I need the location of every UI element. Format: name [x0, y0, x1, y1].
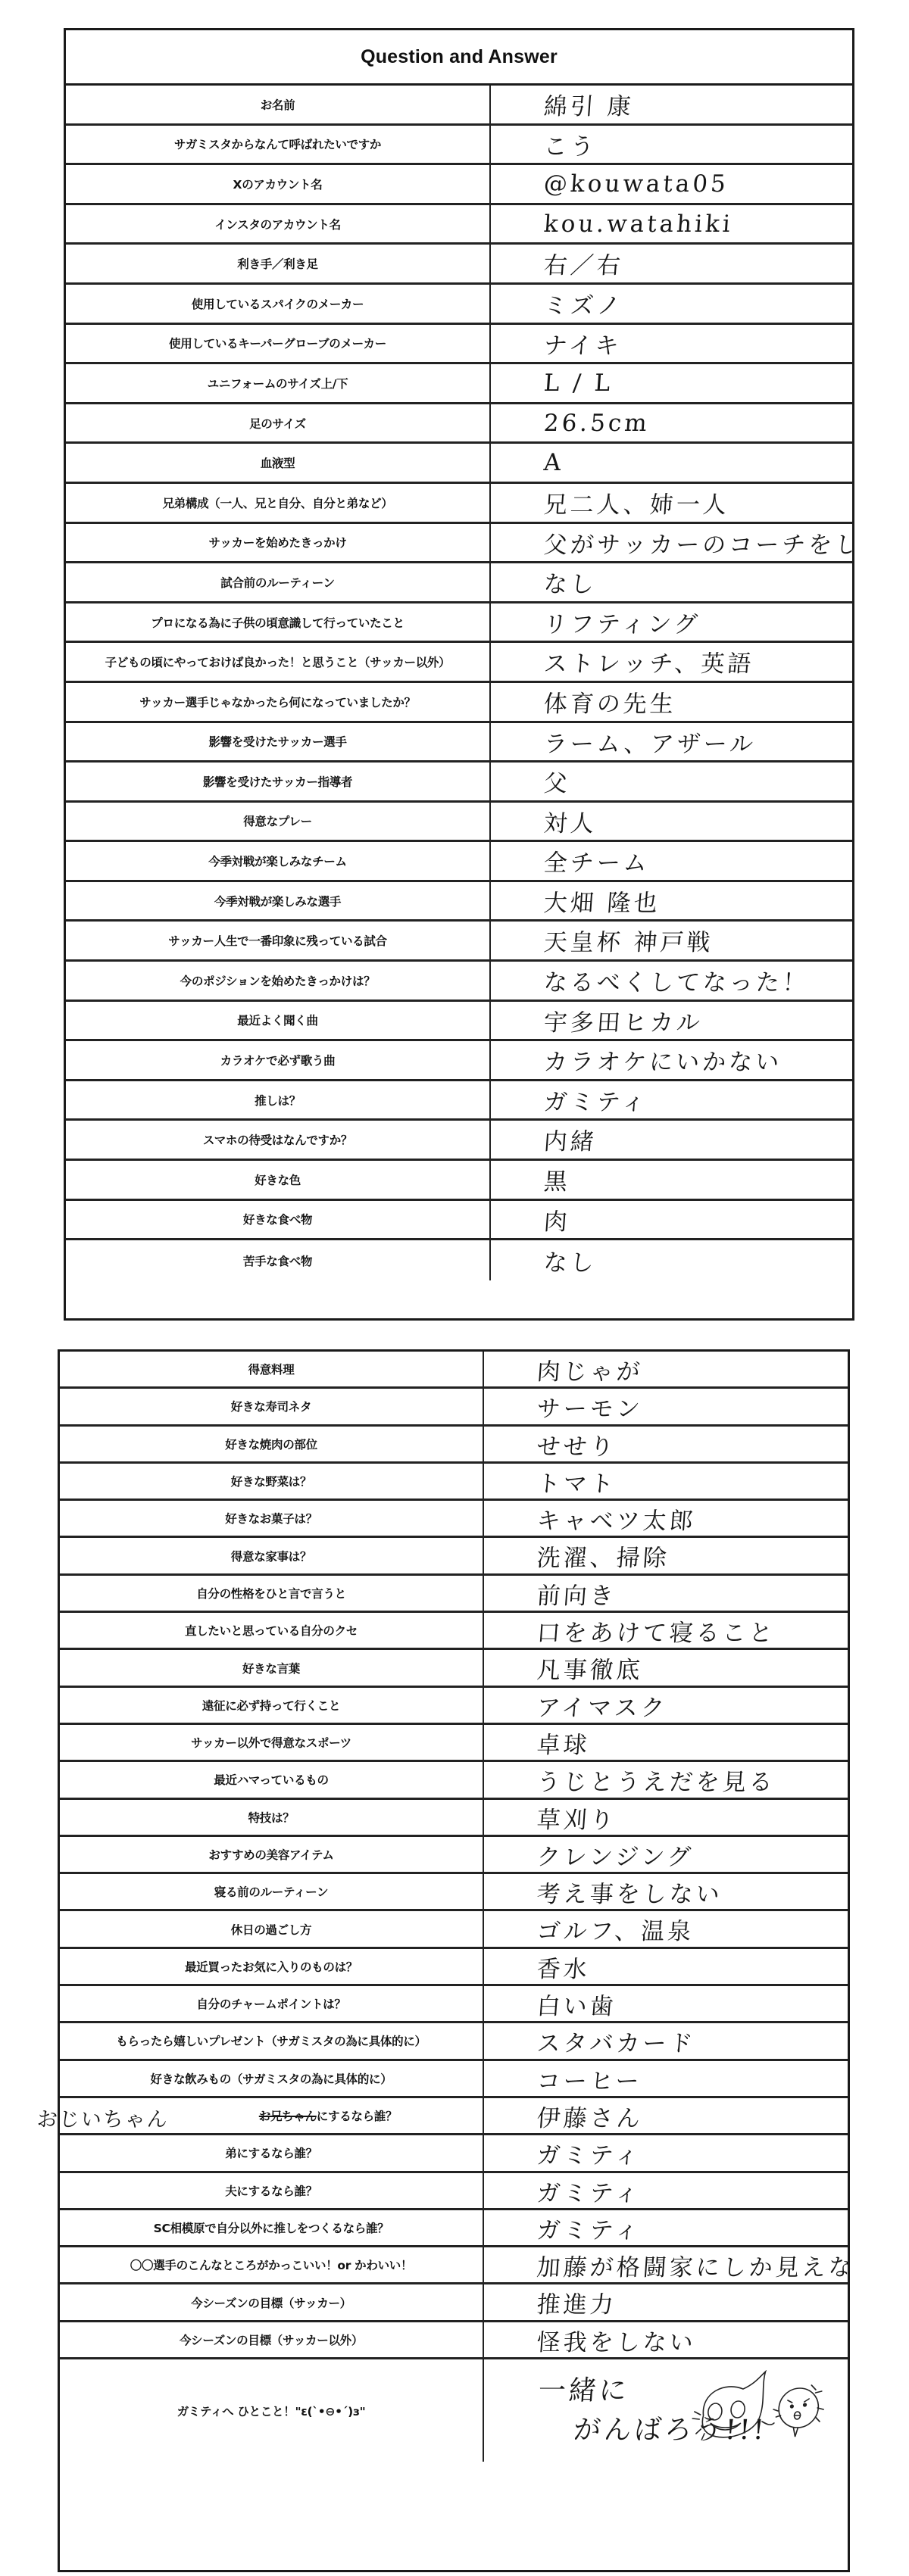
qa-row: おすすめの美容アイテムクレンジング	[60, 1837, 848, 1874]
answer-cell: せせり	[483, 1427, 848, 1461]
question-text: 好きな飲みもの（サガミスタの為に具体的に）	[151, 2070, 392, 2087]
question-cell: 得意料理	[60, 1352, 484, 1386]
answer-cell: なし	[489, 563, 853, 601]
answer-cell: ガミティ	[483, 2135, 848, 2170]
answer-cell: リフティング	[489, 603, 853, 641]
question-cell: 弟にするなら誰？	[60, 2135, 484, 2170]
qa-row: 得意な家事は？洗濯、掃除	[60, 1538, 848, 1575]
question-text: 特技は？	[248, 1809, 295, 1826]
question-text: おすすめの美容アイテム	[208, 1846, 333, 1863]
question-cell: 影響を受けたサッカー指導者	[66, 763, 491, 800]
question-text: 試合前のルーティーン	[220, 574, 334, 591]
question-cell: 最近ハマっているもの	[60, 1762, 484, 1797]
qa-row: 使用しているスパイクのメーカーミズノ	[66, 285, 852, 325]
question-text: 今のポジションを始めたきっかけは？	[180, 972, 376, 989]
qa-row: 今のポジションを始めたきっかけは？なるべくしてなった！	[66, 962, 852, 1002]
question-text: 影響を受けたサッカー選手	[208, 733, 346, 750]
answer-cell: 一緒にがんばろう!!!	[480, 2359, 851, 2462]
answer-text: 黒	[542, 1162, 571, 1196]
question-cell: お名前	[66, 86, 491, 123]
question-text: にするなら誰？	[317, 2110, 397, 2123]
qa-row: 得意なプレー対人	[66, 803, 852, 843]
question-text: 好きな寿司ネタ	[231, 1398, 311, 1414]
answer-text: 内緒	[542, 1123, 598, 1157]
mascot-doodle-icon	[678, 2370, 828, 2453]
question-cell: インスタのアカウント名	[66, 205, 491, 243]
answer-cell: 肉じゃが	[483, 1352, 848, 1386]
question-cell: サッカー選手じゃなかったら何になっていましたか？	[66, 683, 491, 721]
question-text: 最近買ったお気に入りのものは？	[185, 1958, 358, 1975]
question-text: サッカーを始めたきっかけ	[208, 534, 346, 550]
question-cell: 寝る前のルーティーン	[60, 1874, 484, 1909]
question-text: お名前	[261, 96, 295, 113]
answer-text: リフティング	[542, 605, 701, 639]
question-text: 好きな言葉	[242, 1660, 300, 1676]
answer-cell: ストレッチ、英語	[489, 643, 853, 681]
qa-row: 好きなお菓子は？キャベツ太郎	[60, 1501, 848, 1538]
question-text: 最近ハマっているもの	[214, 1771, 328, 1788]
answer-text: 右／右	[542, 247, 624, 281]
qa-row: 足のサイズ26.5cm	[66, 404, 852, 444]
answer-cell: 口をあけて寝ること	[483, 1613, 848, 1648]
answer-cell: 怪我をしない	[483, 2322, 848, 2357]
question-cell: サッカー以外で得意なスポーツ	[60, 1725, 484, 1760]
question-cell: 自分のチャームポイントは？	[60, 1986, 484, 2021]
answer-cell: うじとうえだを見る	[483, 1762, 848, 1797]
answer-cell: ガミティ	[483, 2173, 848, 2208]
question-cell: Xのアカウント名	[66, 165, 491, 203]
qa-row: 最近よく聞く曲宇多田ヒカル	[66, 1002, 852, 1042]
question-text: 遠征に必ず持って行くこと	[202, 1697, 340, 1714]
question-text: 今季対戦が楽しみなチーム	[208, 853, 346, 869]
answer-text: スタバカード	[536, 2024, 697, 2058]
question-cell: 得意な家事は？	[60, 1538, 484, 1573]
question-cell: 好きな寿司ネタ	[60, 1389, 484, 1424]
question-cell: 今のポジションを始めたきっかけは？	[66, 962, 491, 1000]
qa-row: 特技は？草刈り	[60, 1800, 848, 1837]
question-cell: 夫にするなら誰？	[60, 2173, 484, 2208]
question-cell: 影響を受けたサッカー選手	[66, 723, 491, 761]
question-text: 最近よく聞く曲	[237, 1012, 317, 1028]
question-cell: 使用しているスパイクのメーカー	[66, 285, 491, 323]
answer-text: カラオケにいかない	[542, 1043, 783, 1077]
question-cell: 兄弟構成（一人、兄と自分、自分と弟など）	[66, 484, 491, 522]
qa-row: SC相模原で自分以外に推しをつくるなら誰？ガミティ	[60, 2210, 848, 2247]
qa-row: 今季対戦が楽しみな選手大畑 隆也	[66, 882, 852, 922]
answer-cell: なし	[489, 1240, 854, 1280]
qa-row: もらったら嬉しいプレゼント（サガミスタの為に具体的に）スタバカード	[60, 2023, 848, 2060]
answer-text: 体育の先生	[542, 685, 677, 719]
question-cell: もらったら嬉しいプレゼント（サガミスタの為に具体的に）	[60, 2023, 484, 2058]
question-cell: サッカーを始めたきっかけ	[66, 524, 491, 562]
qa-row: サッカーを始めたきっかけ父がサッカーのコーチをしていた	[66, 524, 852, 564]
question-text: 寝る前のルーティーン	[214, 1883, 328, 1900]
answer-cell: kou.watahiki	[489, 205, 853, 243]
question-text: 自分のチャームポイントは？	[196, 1995, 345, 2012]
question-text: 得意な家事は？	[231, 1548, 311, 1564]
qa-row: 遠征に必ず持って行くことアイマスク	[60, 1688, 848, 1725]
question-cell: 最近よく聞く曲	[66, 1002, 491, 1040]
answer-cell: 体育の先生	[489, 683, 853, 721]
answer-text: 怪我をしない	[536, 2322, 697, 2356]
answer-text: 兄二人、姉一人	[542, 485, 730, 519]
answer-text: なし	[542, 565, 598, 599]
question-text: 直したいと思っている自分のクセ	[185, 1622, 358, 1639]
answer-cell: 肉	[489, 1201, 853, 1239]
question-cell: 自分の性格をひと言で言うと	[60, 1576, 484, 1611]
question-text: サッカー人生で一番印象に残っている試合	[168, 932, 387, 949]
answer-cell: ゴルフ、温泉	[483, 1911, 848, 1946]
answer-text: ミズノ	[542, 286, 624, 320]
answer-text: なるべくしてなった！	[542, 963, 810, 997]
qa-table-2: 得意料理肉じゃが好きな寿司ネタサーモン好きな焼肉の部位せせり好きな野菜は？トマト…	[58, 1349, 850, 2572]
answer-cell: キャベツ太郎	[483, 1501, 848, 1536]
answer-text: 口をあけて寝ること	[536, 1614, 776, 1648]
question-text: スマホの待受はなんですか？	[203, 1131, 352, 1148]
answer-text: ラーム、アザール	[542, 725, 757, 759]
qa-row: カラオケで必ず歌う曲カラオケにいかない	[66, 1041, 852, 1081]
qa-row: お名前綿引 康	[66, 86, 852, 126]
answer-cell: 卓球	[483, 1725, 848, 1760]
answer-cell: 草刈り	[483, 1800, 848, 1835]
answer-line-1: 一緒に	[529, 2372, 631, 2411]
question-cell: 推しは？	[66, 1081, 491, 1119]
qa-row: 苦手な食べ物なし	[66, 1240, 852, 1280]
question-text: 兄弟構成（一人、兄と自分、自分と弟など）	[162, 494, 392, 511]
answer-text: L / L	[543, 370, 614, 397]
answer-text: 卓球	[536, 1726, 591, 1760]
question-cell: プロになる為に子供の頃意識して行っていたこと	[66, 603, 491, 641]
answer-cell: A	[489, 444, 853, 482]
answer-text: 綿引 康	[542, 87, 635, 121]
answer-cell: ガミティ	[489, 1081, 853, 1119]
answer-text: 肉じゃが	[536, 1352, 644, 1386]
answer-text: なし	[542, 1243, 598, 1277]
question-text: インスタのアカウント名	[214, 216, 341, 232]
answer-cell: 伊藤さん	[483, 2098, 848, 2133]
question-text: 今シーズンの目標（サッカー以外）	[180, 2331, 363, 2348]
qa-row: インスタのアカウント名kou.watahiki	[66, 205, 852, 245]
answer-cell: 香水	[483, 1949, 848, 1984]
qa-rows: 得意料理肉じゃが好きな寿司ネタサーモン好きな焼肉の部位せせり好きな野菜は？トマト…	[60, 1352, 848, 2462]
qa-row: 寝る前のルーティーン考え事をしない	[60, 1874, 848, 1911]
qa-row: 好きな寿司ネタサーモン	[60, 1389, 848, 1426]
question-text: サッカー選手じゃなかったら何になっていましたか？	[139, 694, 416, 710]
question-cell: 最近買ったお気に入りのものは？	[60, 1949, 484, 1984]
qa-row: 最近ハマっているものうじとうえだを見る	[60, 1762, 848, 1799]
question-text: サガミスタからなんて呼ばれたいですか	[174, 136, 381, 152]
qa-row: 子どもの頃にやっておけば良かった！と思うこと（サッカー以外）ストレッチ、英語	[66, 643, 852, 683]
qa-row: ガミティへ ひとこと！"ε(`•⊖•´)з"一緒にがんばろう!!!	[60, 2359, 848, 2462]
answer-text: 対人	[542, 804, 598, 838]
question-text: 得意なプレー	[243, 812, 312, 829]
answer-text: ガミティ	[536, 2136, 642, 2170]
qa-row: 好きな焼肉の部位せせり	[60, 1427, 848, 1464]
qa-row: 利き手／利き足右／右	[66, 245, 852, 285]
question-text: 好きな色	[255, 1171, 301, 1188]
answer-text: アイマスク	[536, 1688, 668, 1722]
qa-row: 弟にするなら誰？ガミティ	[60, 2135, 848, 2172]
question-text: 苦手な食べ物	[243, 1252, 312, 1269]
answer-text: 洗濯、掃除	[536, 1539, 670, 1573]
question-text: ユニフォームのサイズ上/下	[208, 375, 348, 391]
question-cell: 今季対戦が楽しみなチーム	[66, 842, 491, 880]
question-cell: 利き手／利き足	[66, 245, 491, 282]
page-title: Question and Answer	[66, 30, 852, 86]
answer-text: ガミティ	[542, 1083, 649, 1117]
answer-cell: ラーム、アザール	[489, 723, 853, 761]
qa-row: 最近買ったお気に入りのものは？香水	[60, 1949, 848, 1986]
handwritten-correction: おじいちゃん	[36, 2103, 170, 2132]
qa-row: 試合前のルーティーンなし	[66, 563, 852, 603]
qa-row: 影響を受けたサッカー選手ラーム、アザール	[66, 723, 852, 763]
answer-cell: ガミティ	[483, 2210, 848, 2245]
answer-text: 草刈り	[536, 1800, 617, 1834]
question-text: 今シーズンの目標（サッカー）	[191, 2294, 351, 2311]
question-cell: 直したいと思っている自分のクセ	[60, 1613, 484, 1648]
question-text: 今季対戦が楽しみな選手	[214, 893, 341, 909]
qa-row: おじいちゃんお兄ちゃんにするなら誰？伊藤さん	[60, 2098, 848, 2135]
qa-row: 好きな色黒	[66, 1161, 852, 1201]
question-cell: 〇〇選手のこんなところがかっこいい！or かわいい！	[60, 2247, 484, 2282]
answer-text: 凡事徹底	[536, 1651, 644, 1685]
qa-row: 好きな言葉凡事徹底	[60, 1650, 848, 1687]
answer-cell: 黒	[489, 1161, 853, 1199]
qa-row: 推しは？ガミティ	[66, 1081, 852, 1121]
question-cell: カラオケで必ず歌う曲	[66, 1041, 491, 1079]
qa-row: 夫にするなら誰？ガミティ	[60, 2173, 848, 2210]
qa-row: 兄弟構成（一人、兄と自分、自分と弟など）兄二人、姉一人	[66, 484, 852, 524]
question-cell: 好きな色	[66, 1161, 491, 1199]
answer-cell: 白い歯	[483, 1986, 848, 2021]
question-cell: 好きなお菓子は？	[60, 1501, 484, 1536]
answer-cell: @kouwata05	[489, 165, 853, 203]
question-cell: 得意なプレー	[66, 803, 491, 840]
answer-cell: こう	[489, 126, 853, 164]
answer-text: うじとうえだを見る	[536, 1763, 776, 1797]
qa-row: サッカー人生で一番印象に残っている試合天皇杯 神戸戦	[66, 922, 852, 962]
answer-text: 全チーム	[542, 844, 651, 878]
answer-cell: クレンジング	[483, 1837, 848, 1872]
answer-cell: 全チーム	[489, 842, 853, 880]
question-cell: おじいちゃんお兄ちゃんにするなら誰？	[60, 2098, 484, 2133]
question-cell: 使用しているキーパーグローブのメーカー	[66, 325, 491, 363]
question-text: 使用しているスパイクのメーカー	[192, 295, 364, 312]
answer-text: トマト	[536, 1464, 617, 1499]
qa-row: 好きな野菜は？トマト	[60, 1464, 848, 1501]
question-text: 得意料理	[248, 1361, 295, 1377]
answer-cell: 推進力	[483, 2284, 848, 2319]
question-text: 使用しているキーパーグローブのメーカー	[169, 335, 386, 351]
question-cell: 特技は？	[60, 1800, 484, 1835]
question-text: 好きな食べ物	[243, 1211, 312, 1227]
question-cell: 試合前のルーティーン	[66, 563, 491, 601]
answer-text: ゴルフ、温泉	[536, 1912, 695, 1946]
answer-cell: 宇多田ヒカル	[489, 1002, 853, 1040]
question-text: 好きなお菓子は？	[225, 1510, 317, 1527]
question-text: 推しは？	[255, 1092, 301, 1109]
answer-cell: 内緒	[489, 1121, 853, 1159]
qa-table-1: Question and Answer お名前綿引 康サガミスタからなんて呼ばれ…	[64, 28, 854, 1321]
question-text: 血液型	[261, 454, 295, 471]
question-text: ガミティへ ひとこと！"ε(`•⊖•´)з"	[177, 2403, 366, 2419]
answer-text: 宇多田ヒカル	[542, 1003, 704, 1037]
question-cell: 休日の過ごし方	[60, 1911, 484, 1946]
qa-row: 自分のチャームポイントは？白い歯	[60, 1986, 848, 2023]
answer-text: 考え事をしない	[536, 1875, 723, 1909]
question-text: 好きな焼肉の部位	[225, 1436, 317, 1452]
answer-cell: トマト	[483, 1464, 848, 1499]
answer-text: キャベツ太郎	[536, 1502, 697, 1536]
qa-row: プロになる為に子供の頃意識して行っていたことリフティング	[66, 603, 852, 644]
answer-cell: 大畑 隆也	[489, 882, 853, 920]
question-text: 足のサイズ	[249, 415, 306, 432]
qa-row: 今季対戦が楽しみなチーム全チーム	[66, 842, 852, 882]
answer-cell: 考え事をしない	[483, 1874, 848, 1909]
question-text: 子どもの頃にやっておけば良かった！と思うこと（サッカー以外）	[105, 653, 451, 670]
question-cell: サガミスタからなんて呼ばれたいですか	[66, 126, 491, 164]
question-text: 利き手／利き足	[237, 255, 317, 272]
answer-cell: カラオケにいかない	[489, 1041, 853, 1079]
answer-text: 大畑 隆也	[542, 884, 661, 918]
question-cell: 苦手な食べ物	[66, 1240, 491, 1280]
question-cell: 今季対戦が楽しみな選手	[66, 882, 491, 920]
question-text: 好きな野菜は？	[231, 1473, 311, 1489]
question-text: 〇〇選手のこんなところがかっこいい！or かわいい！	[130, 2256, 412, 2273]
question-cell: スマホの待受はなんですか？	[66, 1121, 491, 1159]
answer-cell: 父がサッカーのコーチをしていた	[489, 524, 853, 562]
question-cell: 遠征に必ず持って行くこと	[60, 1688, 484, 1723]
answer-cell: 前向き	[483, 1576, 848, 1611]
answer-cell: 洗濯、掃除	[483, 1538, 848, 1573]
question-cell: SC相模原で自分以外に推しをつくるなら誰？	[60, 2210, 484, 2245]
answer-cell: 対人	[489, 803, 853, 840]
question-cell: サッカー人生で一番印象に残っている試合	[66, 922, 491, 959]
answer-text: 肉	[542, 1202, 571, 1237]
question-text: 夫にするなら誰？	[225, 2182, 317, 2199]
qa-row: 休日の過ごし方ゴルフ、温泉	[60, 1911, 848, 1948]
answer-text: 香水	[536, 1949, 591, 1983]
answer-text: こう	[542, 127, 598, 161]
answer-cell: ミズノ	[489, 285, 853, 323]
question-cell: 好きな焼肉の部位	[60, 1427, 484, 1461]
answer-text: ナイキ	[542, 326, 623, 360]
qa-row: 血液型A	[66, 444, 852, 484]
question-cell: 足のサイズ	[66, 404, 491, 442]
qa-row: 直したいと思っている自分のクセ口をあけて寝ること	[60, 1613, 848, 1650]
answer-text: せせり	[536, 1427, 617, 1461]
answer-cell: 加藤が格闘家にしか見えない	[483, 2247, 848, 2282]
question-text: 自分の性格をひと言で言うと	[196, 1585, 346, 1601]
question-text: 弟にするなら誰？	[225, 2144, 317, 2161]
qa-row: 好きな飲みもの（サガミスタの為に具体的に）コーヒー	[60, 2061, 848, 2098]
question-cell: ガミティへ ひとこと！"ε(`•⊖•´)з"	[60, 2359, 484, 2462]
answer-text: 推進力	[536, 2285, 617, 2319]
qa-row: サッカー以外で得意なスポーツ卓球	[60, 1725, 848, 1762]
answer-text: クレンジング	[536, 1838, 695, 1872]
answer-text: kou.watahiki	[543, 211, 734, 238]
answer-text: サーモン	[536, 1389, 644, 1424]
answer-cell: 綿引 康	[489, 86, 853, 123]
answer-cell: 凡事徹底	[483, 1650, 848, 1685]
question-cell: 好きな言葉	[60, 1650, 484, 1685]
qa-row: 自分の性格をひと言で言うと前向き	[60, 1576, 848, 1613]
answer-text: 天皇杯 神戸戦	[542, 924, 714, 958]
answer-cell: コーヒー	[483, 2061, 848, 2096]
question-cell: ユニフォームのサイズ上/下	[66, 364, 491, 402]
question-cell: 子どもの頃にやっておけば良かった！と思うこと（サッカー以外）	[66, 643, 491, 681]
answer-cell: スタバカード	[483, 2023, 848, 2058]
answer-text: A	[543, 449, 565, 476]
answer-cell: L / L	[489, 364, 853, 402]
qa-row: サッカー選手じゃなかったら何になっていましたか？体育の先生	[66, 683, 852, 723]
answer-text: ガミティ	[536, 2173, 642, 2207]
qa-row: サガミスタからなんて呼ばれたいですかこう	[66, 126, 852, 166]
answer-text: 父	[542, 764, 571, 798]
question-cell: 血液型	[66, 444, 491, 482]
question-text: SC相模原で自分以外に推しをつくるなら誰？	[154, 2219, 389, 2236]
question-text: プロになる為に子供の頃意識して行っていたこと	[151, 614, 404, 631]
answer-text: 伊藤さん	[536, 2099, 644, 2133]
question-cell: 今シーズンの目標（サッカー）	[60, 2284, 484, 2319]
qa-row: 影響を受けたサッカー指導者父	[66, 763, 852, 803]
answer-text: 加藤が格闘家にしか見えない	[536, 2248, 848, 2282]
question-text: 休日の過ごし方	[231, 1921, 311, 1938]
question-cell: 好きな飲みもの（サガミスタの為に具体的に）	[60, 2061, 484, 2096]
answer-cell: 天皇杯 神戸戦	[489, 922, 853, 959]
answer-text: 前向き	[536, 1576, 617, 1610]
question-cell: おすすめの美容アイテム	[60, 1837, 484, 1872]
question-cell: 好きな野菜は？	[60, 1464, 484, 1499]
answer-cell: アイマスク	[483, 1688, 848, 1723]
answer-cell: 父	[489, 763, 853, 800]
answer-text: コーヒー	[536, 2061, 643, 2095]
question-text: カラオケで必ず歌う曲	[220, 1052, 336, 1068]
question-cell: 今シーズンの目標（サッカー以外）	[60, 2322, 484, 2357]
answer-cell: 兄二人、姉一人	[489, 484, 853, 522]
question-text: サッカー以外で得意なスポーツ	[191, 1734, 351, 1751]
question-text: もらったら嬉しいプレゼント（サガミスタの為に具体的に）	[116, 2032, 426, 2049]
question-text: 影響を受けたサッカー指導者	[203, 773, 352, 790]
answer-text: @kouwata05	[543, 170, 729, 198]
answer-text: 白い歯	[536, 1987, 617, 2021]
answer-text: ストレッチ、英語	[542, 645, 755, 679]
answer-cell: サーモン	[483, 1389, 848, 1424]
qa-row: 使用しているキーパーグローブのメーカーナイキ	[66, 325, 852, 365]
answer-cell: なるべくしてなった！	[489, 962, 853, 1000]
qa-row: スマホの待受はなんですか？内緒	[66, 1121, 852, 1161]
question-cell: 好きな食べ物	[66, 1201, 491, 1239]
qa-row: 好きな食べ物肉	[66, 1201, 852, 1241]
qa-row: ユニフォームのサイズ上/下L / L	[66, 364, 852, 404]
qa-row: 今シーズンの目標（サッカー）推進力	[60, 2284, 848, 2322]
answer-cell: ナイキ	[489, 325, 853, 363]
answer-cell: 26.5cm	[489, 404, 853, 442]
answer-text: ガミティ	[536, 2210, 642, 2244]
qa-rows: お名前綿引 康サガミスタからなんて呼ばれたいですかこうXのアカウント名@kouw…	[66, 86, 852, 1280]
struck-question-text: お兄ちゃん	[259, 2110, 317, 2123]
question-text: Xのアカウント名	[233, 176, 323, 192]
answer-text: 父がサッカーのコーチをしていた	[542, 525, 853, 560]
qa-row: 得意料理肉じゃが	[60, 1352, 848, 1389]
answer-cell: 右／右	[489, 245, 853, 282]
answer-text: 26.5cm	[543, 410, 651, 437]
qa-row: 今シーズンの目標（サッカー以外）怪我をしない	[60, 2322, 848, 2359]
qa-row: 〇〇選手のこんなところがかっこいい！or かわいい！加藤が格闘家にしか見えない	[60, 2247, 848, 2284]
qa-row: Xのアカウント名@kouwata05	[66, 165, 852, 205]
